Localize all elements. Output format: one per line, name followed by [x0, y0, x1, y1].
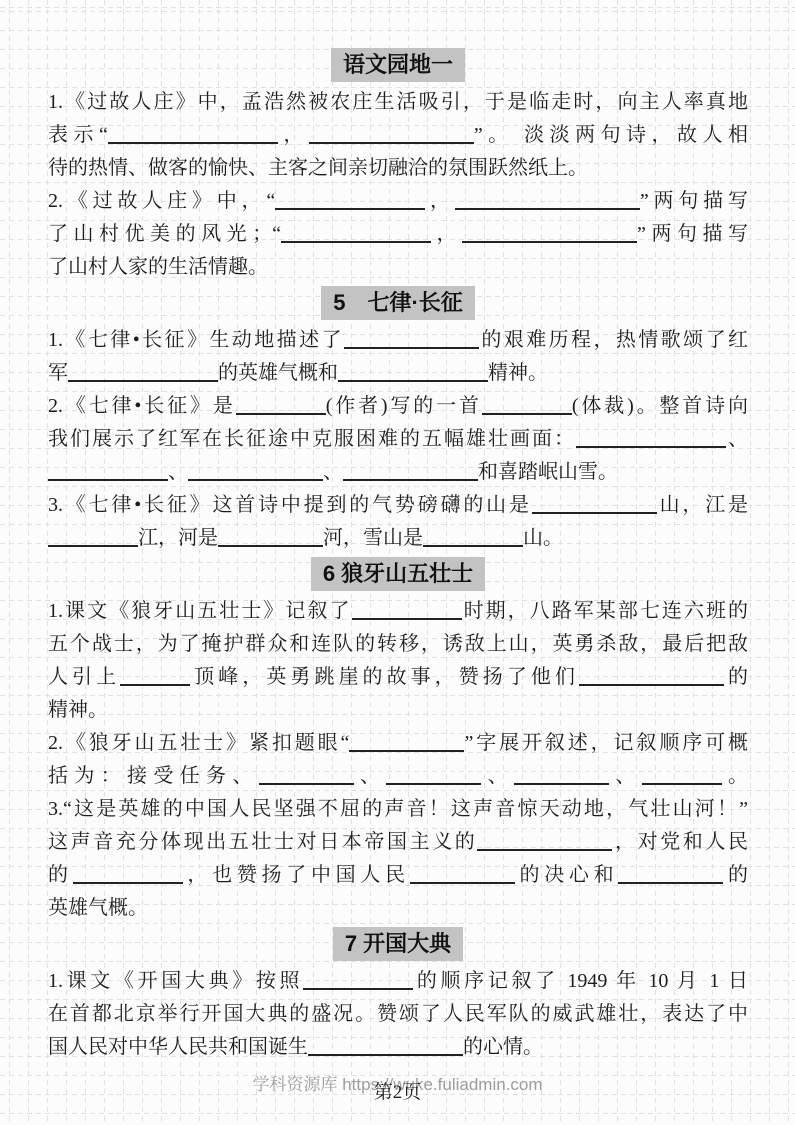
- text-segment: 山。: [523, 527, 563, 549]
- text-segment: ，: [278, 124, 309, 146]
- text-segment: 精神。: [48, 699, 108, 721]
- text-segment: 这声音充分体现出五壮士对日本帝国主义的: [48, 831, 477, 853]
- text-segment: 2.《七律•长征》是: [48, 395, 236, 417]
- text-line: 在首都北京举行开国大典的盛况。赞颂了人民军队的威武雄壮，表达了中: [48, 998, 748, 1031]
- blank-underline: [576, 428, 726, 448]
- blank-underline: [514, 765, 609, 785]
- text-line: 1.课文《狼牙山五壮士》记叙了时期，八路军某部七连六班的: [48, 595, 748, 628]
- text-segment: 1.课文《开国大典》按照: [48, 970, 303, 992]
- text-segment: 的英雄气概和: [218, 362, 338, 384]
- section-title: 语文园地一: [331, 48, 465, 82]
- blank-underline: [344, 329, 479, 349]
- text-segment: 军: [48, 362, 68, 384]
- text-segment: 。: [722, 765, 748, 787]
- text-segment: ”字展开叙述，记叙顺序可概: [464, 732, 748, 754]
- text-segment: (作者)写的一首: [326, 395, 482, 417]
- content: 语文园地一1.《过故人庄》中，孟浩然被农庄生活吸引，于是临走时，向主人率真地表示…: [48, 46, 748, 1064]
- text-segment: 精神。: [488, 362, 548, 384]
- text-segment: 的: [723, 864, 748, 886]
- blank-underline: [462, 223, 637, 243]
- text-segment: (体裁)。整首诗向: [572, 395, 748, 417]
- blank-underline: [618, 864, 723, 884]
- text-segment: 表示“: [48, 124, 108, 146]
- blank-underline: [410, 864, 515, 884]
- blank-underline: [338, 362, 488, 382]
- question: 2.《七律•长征》是(作者)写的一首(体裁)。整首诗向我们展示了红军在长征途中克…: [48, 390, 748, 489]
- blank-underline: [48, 461, 168, 481]
- blank-underline: [482, 395, 572, 415]
- question: 1.课文《开国大典》按照的顺序记叙了 1949 年 10 月 1 日在首都北京举…: [48, 965, 748, 1064]
- text-line: 精神。: [48, 694, 748, 727]
- text-segment: 顶峰，英勇跳崖的故事，赞扬了他们: [190, 666, 579, 688]
- text-line: 的，也赞扬了中国人民的决心和的: [48, 859, 748, 892]
- blank-underline: [455, 190, 640, 210]
- text-segment: ”。 淡淡两句诗，故人相: [474, 124, 748, 146]
- question: 3.“这是英雄的中国人民坚强不屈的声音！这声音惊天动地，气壮山河！”这声音充分体…: [48, 793, 748, 925]
- text-segment: 五个战士，为了掩护群众和连队的转移，诱敌上山，英勇杀敌，最后把敌: [48, 633, 748, 655]
- text-line: 1.《七律•长征》生动地描述了的艰难历程，热情歌颂了红: [48, 324, 748, 357]
- blank-underline: [108, 124, 278, 144]
- text-segment: 国人民对中华人民共和国诞生: [48, 1036, 308, 1058]
- blank-underline: [642, 765, 722, 785]
- text-segment: 人引上: [48, 666, 120, 688]
- text-line: 了山村优美的风光；“，”两句描写: [48, 218, 748, 251]
- text-segment: 1.课文《狼牙山五壮士》记叙了: [48, 600, 352, 622]
- blank-underline: [188, 461, 323, 481]
- text-segment: 在首都北京举行开国大典的盛况。赞颂了人民军队的威武雄壮，表达了中: [48, 1003, 748, 1025]
- text-segment: ，也赞扬了中国人民: [183, 864, 410, 886]
- text-segment: 1.《过故人庄》中，孟浩然被农庄生活吸引，于是临走时，向主人率真地: [48, 91, 748, 113]
- blank-underline: [308, 1036, 463, 1056]
- text-segment: 、: [609, 765, 642, 787]
- text-line: 表示“，”。 淡淡两句诗，故人相: [48, 119, 748, 152]
- blank-underline: [386, 765, 481, 785]
- blank-underline: [303, 970, 413, 990]
- text-segment: 英雄气概。: [48, 897, 148, 919]
- section-heading: 5 七律·长征: [48, 286, 748, 320]
- text-segment: 的决心和: [515, 864, 619, 886]
- text-line: 国人民对中华人民共和国诞生的心情。: [48, 1031, 748, 1064]
- text-segment: 、: [354, 765, 387, 787]
- text-segment: 待的热情、做客的愉快、主客之间亲切融洽的氛围跃然纸上。: [48, 157, 588, 179]
- question: 2.《过故人庄》中，“，”两句描写了山村优美的风光；“，”两句描写了山村人家的生…: [48, 185, 748, 284]
- text-segment: 了山村优美的风光；“: [48, 223, 281, 245]
- text-line: 3.《七律•长征》这首诗中提到的气势磅礴的山是山，江是: [48, 489, 748, 522]
- text-segment: ，: [425, 190, 455, 212]
- text-line: 江，河是河，雪山是山。: [48, 522, 748, 555]
- text-line: 1.课文《开国大典》按照的顺序记叙了 1949 年 10 月 1 日: [48, 965, 748, 998]
- text-segment: 山，江是: [657, 494, 748, 516]
- blank-underline: [120, 666, 190, 686]
- text-segment: 3.《七律•长征》这首诗中提到的气势磅礴的山是: [48, 494, 532, 516]
- text-line: 括为：接受任务、、、、。: [48, 760, 748, 793]
- text-segment: 江，河是: [138, 527, 218, 549]
- text-segment: ”两句描写: [637, 223, 748, 245]
- text-segment: 的艰难历程，热情歌颂了红: [479, 329, 748, 351]
- text-segment: 、: [323, 461, 343, 483]
- blank-underline: [48, 527, 138, 547]
- text-line: 我们展示了红军在长征途中克服困难的五幅雄壮画面：、: [48, 423, 748, 456]
- worksheet-page: 语文园地一1.《过故人庄》中，孟浩然被农庄生活吸引，于是临走时，向主人率真地表示…: [0, 0, 795, 1125]
- section-title: 7 开国大典: [333, 927, 463, 961]
- text-line: 人引上顶峰，英勇跳崖的故事，赞扬了他们的: [48, 661, 748, 694]
- question: 1.《过故人庄》中，孟浩然被农庄生活吸引，于是临走时，向主人率真地表示“，”。 …: [48, 86, 748, 185]
- text-segment: ”两句描写: [640, 190, 748, 212]
- text-segment: 1.《七律•长征》生动地描述了: [48, 329, 344, 351]
- text-line: 英雄气概。: [48, 892, 748, 925]
- section-title: 6 狼牙山五壮士: [311, 557, 485, 591]
- text-segment: 了山村人家的生活情趣。: [48, 256, 268, 278]
- blank-underline: [349, 732, 464, 752]
- text-segment: 、: [481, 765, 514, 787]
- blank-underline: [343, 461, 478, 481]
- section-title: 5 七律·长征: [321, 286, 475, 320]
- blank-underline: [236, 395, 326, 415]
- question: 1.《七律•长征》生动地描述了的艰难历程，热情歌颂了红军的英雄气概和精神。: [48, 324, 748, 390]
- text-segment: 、: [726, 428, 748, 450]
- question: 1.课文《狼牙山五壮士》记叙了时期，八路军某部七连六班的五个战士，为了掩护群众和…: [48, 595, 748, 727]
- text-segment: ，对党和人民: [612, 831, 748, 853]
- text-line: 了山村人家的生活情趣。: [48, 251, 748, 284]
- text-segment: 2.《过故人庄》中，“: [48, 190, 275, 212]
- blank-underline: [259, 765, 354, 785]
- question: 2.《狼牙山五壮士》紧扣题眼“”字展开叙述，记叙顺序可概括为：接受任务、、、、。: [48, 727, 748, 793]
- blank-underline: [73, 864, 183, 884]
- question: 3.《七律•长征》这首诗中提到的气势磅礴的山是山，江是江，河是河，雪山是山。: [48, 489, 748, 555]
- text-segment: 2.《狼牙山五壮士》紧扣题眼“: [48, 732, 349, 754]
- page-number: 第2页: [374, 1077, 422, 1104]
- section-heading: 7 开国大典: [48, 927, 748, 961]
- text-line: 这声音充分体现出五壮士对日本帝国主义的，对党和人民: [48, 826, 748, 859]
- section-heading: 语文园地一: [48, 48, 748, 82]
- blank-underline: [532, 494, 657, 514]
- text-segment: 的顺序记叙了 1949 年 10 月 1 日: [413, 970, 748, 992]
- text-line: 1.《过故人庄》中，孟浩然被农庄生活吸引，于是临走时，向主人率真地: [48, 86, 748, 119]
- text-line: 、、和喜踏岷山雪。: [48, 456, 748, 489]
- blank-underline: [218, 527, 323, 547]
- blank-underline: [579, 666, 724, 686]
- blank-underline: [281, 223, 431, 243]
- text-segment: 我们展示了红军在长征途中克服困难的五幅雄壮画面：: [48, 428, 576, 450]
- text-line: 2.《狼牙山五壮士》紧扣题眼“”字展开叙述，记叙顺序可概: [48, 727, 748, 760]
- text-segment: 3.“这是英雄的中国人民坚强不屈的声音！这声音惊天动地，气壮山河！”: [48, 798, 748, 820]
- text-segment: 的: [724, 666, 748, 688]
- text-segment: 时期，八路军某部七连六班的: [462, 600, 748, 622]
- text-line: 2.《七律•长征》是(作者)写的一首(体裁)。整首诗向: [48, 390, 748, 423]
- text-segment: ，: [431, 223, 462, 245]
- text-segment: 的心情。: [463, 1036, 543, 1058]
- text-segment: 的: [48, 864, 73, 886]
- blank-underline: [477, 831, 612, 851]
- blank-underline: [309, 124, 474, 144]
- section-heading: 6 狼牙山五壮士: [48, 557, 748, 591]
- text-line: 五个战士，为了掩护群众和连队的转移，诱敌上山，英勇杀敌，最后把敌: [48, 628, 748, 661]
- blank-underline: [352, 600, 462, 620]
- text-line: 军的英雄气概和精神。: [48, 357, 748, 390]
- text-segment: 和喜踏岷山雪。: [478, 461, 618, 483]
- text-line: 3.“这是英雄的中国人民坚强不屈的声音！这声音惊天动地，气壮山河！”: [48, 793, 748, 826]
- text-segment: 括为：接受任务、: [48, 765, 259, 787]
- blank-underline: [68, 362, 218, 382]
- text-segment: 河，雪山是: [323, 527, 423, 549]
- text-segment: 、: [168, 461, 188, 483]
- text-line: 待的热情、做客的愉快、主客之间亲切融洽的氛围跃然纸上。: [48, 152, 748, 185]
- text-line: 2.《过故人庄》中，“，”两句描写: [48, 185, 748, 218]
- blank-underline: [275, 190, 425, 210]
- blank-underline: [423, 527, 523, 547]
